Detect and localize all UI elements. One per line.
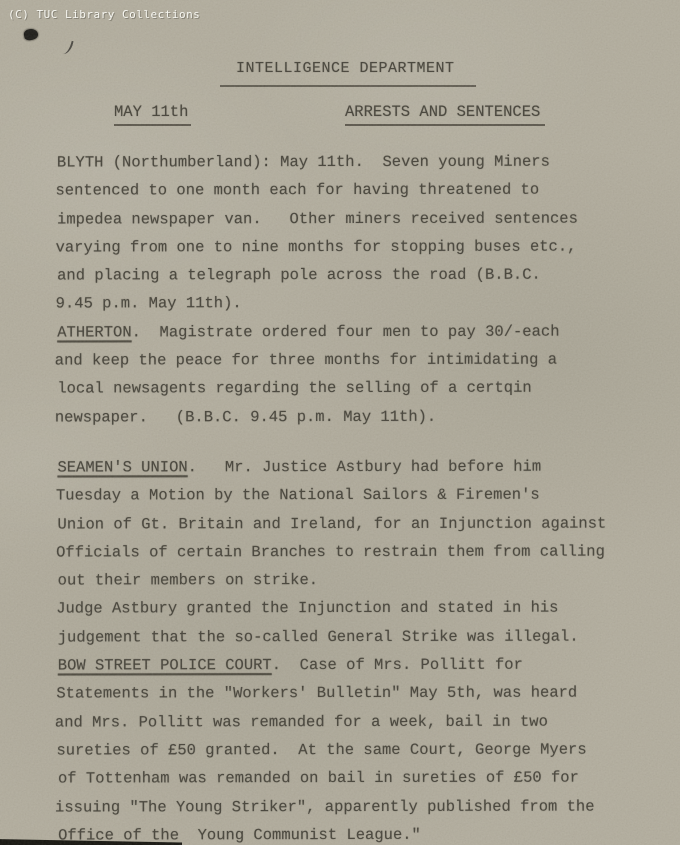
text-line: of Tottenham was remanded on bail in sur… [58, 764, 648, 793]
paragraph: SEAMEN'S UNION. Mr. Justice Astbury had … [56, 452, 646, 651]
text-line: sentenced to one month each for having t… [55, 176, 645, 205]
text-line: 9.45 p.m. May 11th). [56, 289, 646, 318]
text-line: SEAMEN'S UNION. Mr. Justice Astbury had … [57, 452, 647, 481]
text-line: impedea newspaper van. Other miners rece… [57, 204, 647, 233]
text-line: varying from one to nine months for stop… [56, 232, 646, 261]
text-line: BLYTH (Northumberland): May 11th. Seven … [57, 147, 647, 176]
pen-stroke-mark [61, 39, 73, 56]
date-heading: MAY 11th [114, 103, 191, 126]
text-line: and placing a telegraph pole across the … [57, 261, 647, 290]
text-line: issuing "The Young Striker", apparently … [55, 792, 645, 821]
text-line: Union of Gt. Britain and Ireland, for an… [58, 509, 648, 538]
text-line: Officials of certain Branches to restrai… [56, 537, 646, 566]
document-body: BLYTH (Northumberland): May 11th. Seven … [55, 147, 646, 845]
text-line: BOW STREET POLICE COURT. Case of Mrs. Po… [58, 651, 648, 680]
text-line: ATHERTON. Magistrate ordered four men to… [57, 317, 647, 346]
paragraph: ATHERTON. Magistrate ordered four men to… [56, 317, 646, 431]
text-line: judgement that the so-called General Str… [58, 622, 648, 651]
section-heading: SEAMEN'S UNION [57, 458, 187, 476]
section-heading: ATHERTON [57, 323, 131, 341]
text-line: Judge Astbury granted the Injunction and… [56, 594, 646, 623]
text-line: Tuesday a Motion by the National Sailors… [56, 481, 646, 510]
text-line: sureties of £50 granted. At the same Cou… [56, 735, 646, 764]
text-line: local newsagents regarding the selling o… [57, 374, 647, 403]
paragraph: BLYTH (Northumberland): May 11th. Seven … [55, 147, 645, 318]
text-line: out their members on strike. [58, 566, 648, 595]
text-line: and keep the peace for three months for … [55, 346, 645, 375]
text-line: and Mrs. Pollitt was remanded for a week… [55, 707, 645, 736]
document-title: INTELLIGENCE DEPARTMENT [220, 60, 476, 87]
copyright-watermark: (C) TUC Library Collections [8, 8, 200, 21]
document-page: (C) TUC Library Collections INTELLIGENCE… [0, 0, 680, 845]
paragraph: BOW STREET POLICE COURT. Case of Mrs. Po… [56, 651, 646, 845]
text-line: Statements in the "Workers' Bulletin" Ma… [56, 679, 646, 708]
text-line: Office of the Young Communist League." [58, 820, 648, 845]
section-heading: BOW STREET POLICE COURT [58, 656, 272, 674]
hole-punch-mark [23, 28, 38, 41]
text-line: newspaper. (B.B.C. 9.45 p.m. May 11th). [55, 402, 645, 431]
subject-heading: ARRESTS AND SENTENCES [345, 103, 545, 126]
